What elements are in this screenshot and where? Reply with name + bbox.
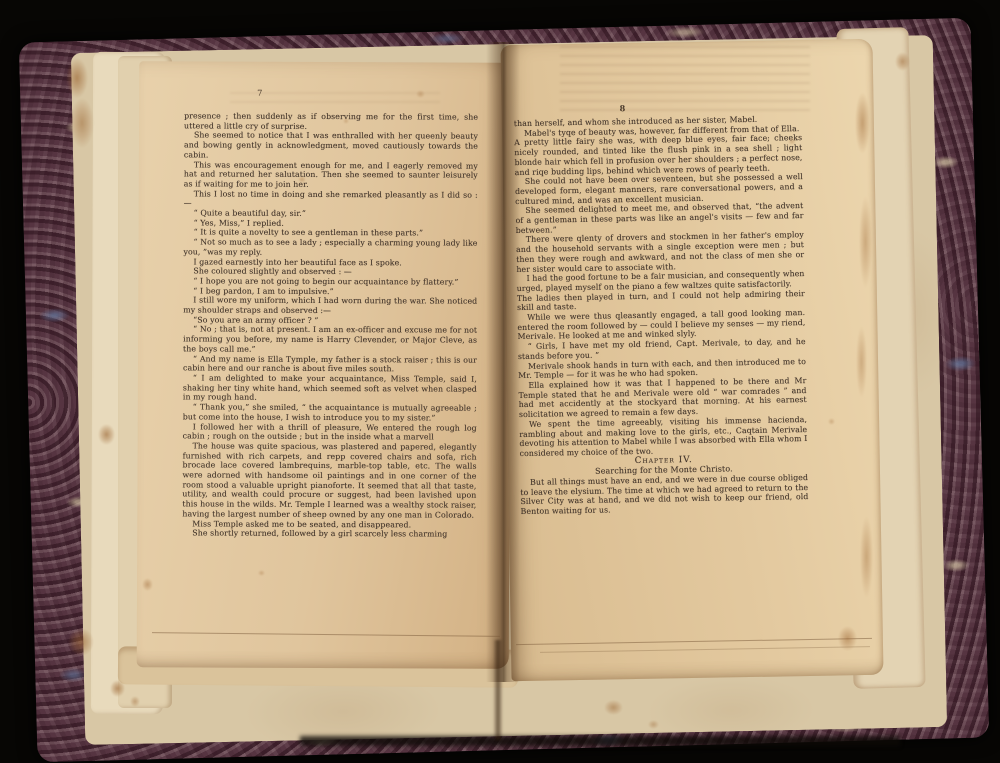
right-page-text: than herself, and whom she introduced as… (514, 114, 809, 517)
left-page: 7 presence ; then suddenly as if observi… (137, 61, 512, 669)
paragraph: “ Thank you,” she smiled, “ the acquaint… (183, 402, 477, 423)
paragraph: “ No ; that is, not at present. I am an … (183, 325, 477, 355)
paragraph: But all things must have an end, and we … (520, 473, 809, 517)
stain (68, 628, 94, 656)
show-through-text (560, 46, 810, 112)
paragraph: “ I am delighted to make your acquaintan… (183, 373, 477, 403)
stain (648, 720, 659, 729)
stain (298, 176, 306, 183)
stain (416, 90, 425, 98)
stain (856, 326, 867, 398)
stain (66, 58, 88, 98)
stain (70, 98, 94, 148)
stain (855, 92, 870, 154)
paragraph: A pretty little fairy she was, with deep… (514, 133, 803, 177)
stain (343, 118, 349, 124)
paragraph: presence ; then suddenly as if observing… (184, 111, 478, 132)
stain (788, 138, 796, 145)
stain (142, 578, 153, 591)
show-through-text (230, 92, 440, 108)
gutter-shadow-tail (493, 640, 503, 740)
paragraph: There were qlenty of drovers and stockme… (516, 230, 805, 274)
paragraph: She shortly returned, followed by a girl… (182, 529, 476, 540)
paragraph: Ella explained how it was that I happene… (518, 376, 807, 420)
paragraph: She seemed to notice that I was enthrall… (184, 131, 478, 161)
stain (838, 626, 857, 651)
stain (828, 418, 835, 425)
gutter-shadow (486, 42, 520, 682)
stain (860, 516, 873, 598)
paragraph: This was encouragement enough for me, an… (184, 160, 478, 190)
stain (110, 680, 125, 697)
paragraph: “ And my name is Ella Tymple, my father … (183, 354, 477, 375)
paragraph: I followed her with a thrill of pleasure… (183, 422, 477, 443)
left-page-text: presence ; then suddenly as if observing… (182, 111, 478, 539)
paragraph: I still wore my uniform, which I had wor… (183, 296, 477, 317)
right-page-paragraphs-after: But all things must have an end, and we … (520, 473, 809, 517)
right-page: 8 than herself, and whom she introduced … (500, 39, 883, 681)
stain (130, 696, 140, 707)
paragraph: The house was quite spacious, was plaste… (182, 441, 476, 520)
stain (895, 52, 910, 71)
stain (98, 424, 115, 445)
stain (604, 700, 623, 715)
right-page-paragraphs: than herself, and whom she introduced as… (514, 114, 808, 459)
cover-shadow-gap (300, 736, 900, 746)
paragraph: This I lost no time in doing and she rem… (184, 189, 478, 210)
book-photo: 7 presence ; then suddenly as if observi… (0, 0, 1000, 763)
paragraph: “ Not so much as to see a lady ; especia… (183, 238, 477, 259)
stain (258, 570, 265, 576)
paragraph: We spent the time agreeably, visiting hi… (519, 415, 808, 459)
stain (859, 196, 872, 288)
